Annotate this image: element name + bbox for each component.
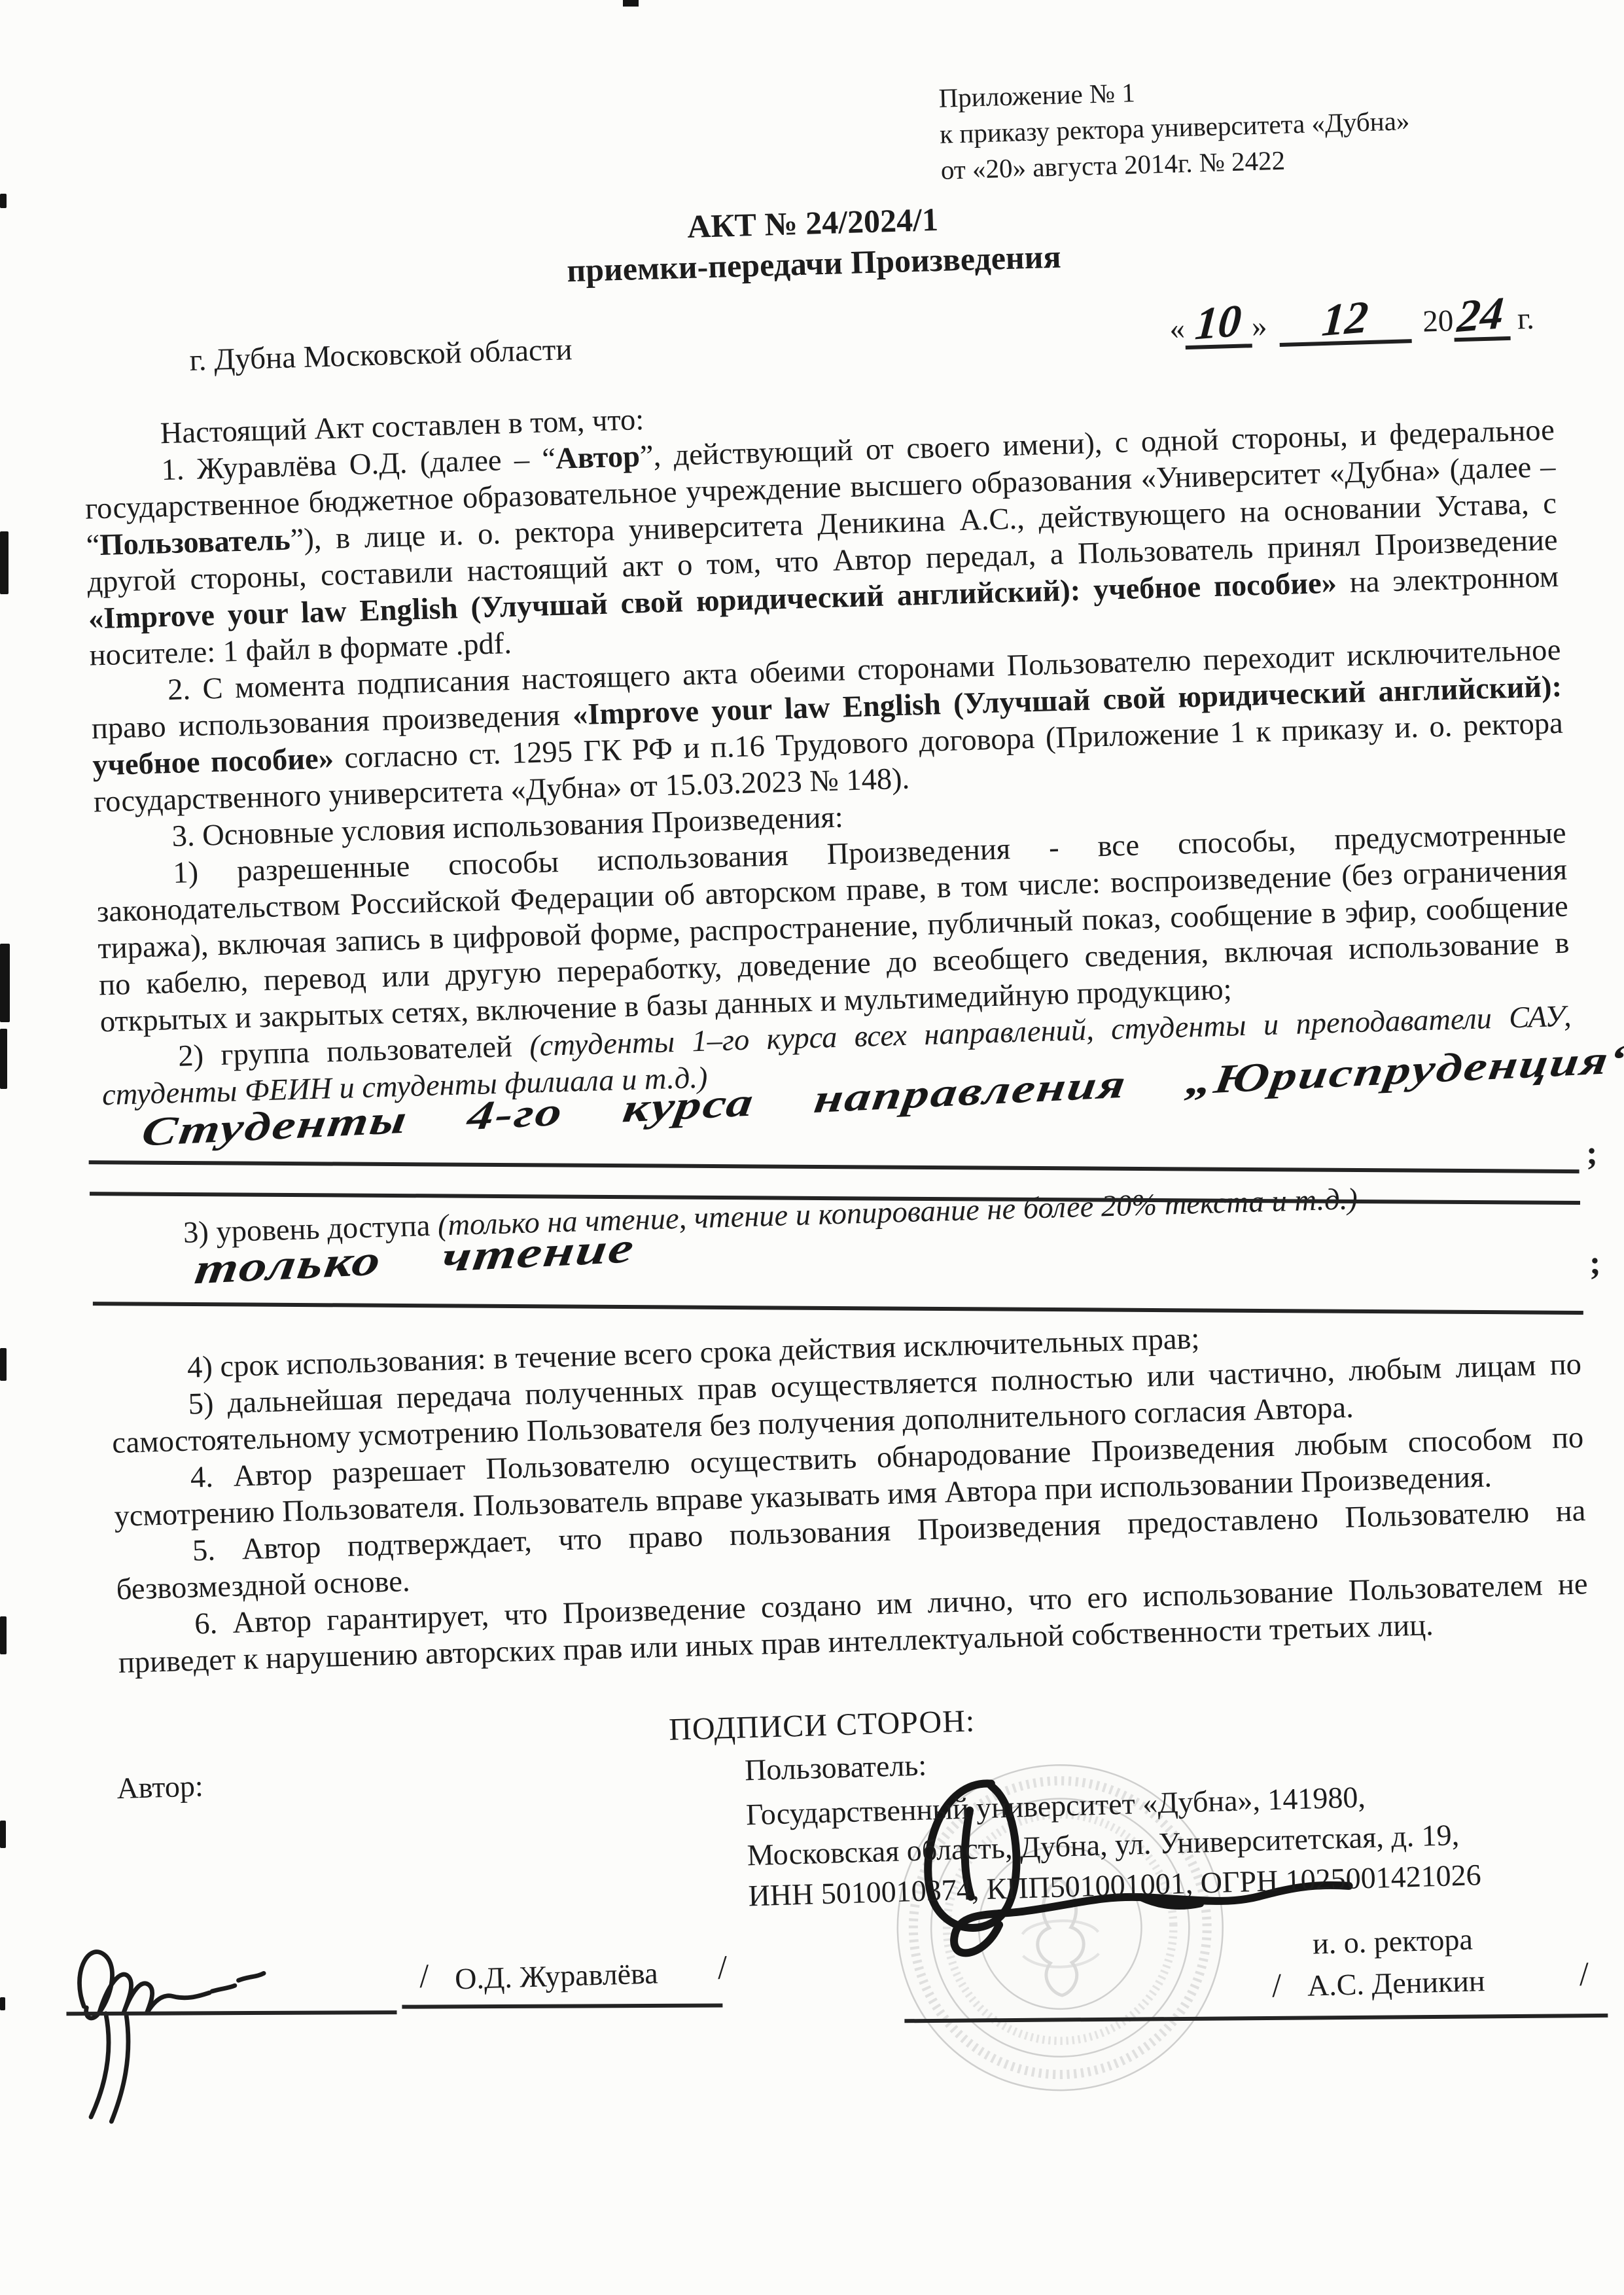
author-label: Автор:: [116, 1768, 204, 1806]
field-underline: [93, 1302, 1583, 1315]
term-author: Автор: [555, 440, 640, 476]
scan-artifact: [0, 531, 9, 594]
document-content: Приложение № 1 к приказу ректора универс…: [73, 63, 1603, 2162]
year-printed: 20: [1422, 304, 1454, 338]
slash-mark: /: [1579, 1955, 1589, 1993]
slash-mark: /: [717, 1948, 728, 1987]
semicolon-mark: ;: [1585, 1135, 1598, 1172]
scan-artifact: [0, 194, 7, 208]
date-field: «10»122024 г.: [1169, 300, 1552, 350]
scan-artifact: [0, 1029, 7, 1089]
signatures-section: ПОДПИСИ СТОРОН: Автор: Пользователь: Гос…: [120, 1662, 1603, 2162]
field-underline: [89, 1160, 1580, 1173]
slash-mark: /: [1271, 1966, 1282, 2005]
year-suffix: г.: [1509, 302, 1535, 336]
scan-artifact: [623, 0, 639, 7]
author-name-line: [402, 2004, 722, 2009]
term-user: Пользователь: [99, 524, 291, 562]
paragraph-1: 1. Журавлёва О.Д. (далее – “Автор”, дейс…: [84, 412, 1561, 675]
slash-mark: /: [419, 1957, 429, 1995]
author-signature-line: [66, 2010, 397, 2016]
handwritten-day: 10: [1194, 308, 1242, 338]
scanned-document-page: Приложение № 1 к приказу ректора универс…: [0, 0, 1624, 2295]
handwritten-access-level: только чтение: [192, 1241, 535, 1288]
place-date-row: г. Дубна Московской области «10»122024 г…: [80, 300, 1552, 382]
rector-name: А.С. Деникин: [1307, 1963, 1485, 2003]
date-open-quote: «: [1169, 311, 1186, 346]
scan-artifact: [0, 1997, 5, 2010]
scan-artifact: [0, 1348, 7, 1381]
scan-artifact: [0, 944, 10, 1022]
scan-artifact: [0, 1616, 7, 1654]
place-of-signing: г. Дубна Московской области: [80, 332, 573, 382]
document-title: АКТ № 24/2024/1 приемки-передачи Произве…: [77, 181, 1550, 305]
date-close-quote: »: [1251, 310, 1267, 344]
rector-position: и. о. ректора: [1312, 1922, 1473, 1961]
document-body: Настоящий Акт составлен в том, что: 1. Ж…: [82, 376, 1589, 1682]
signatures-heading: ПОДПИСИ СТОРОН:: [669, 1703, 976, 1747]
appendix-reference: Приложение № 1 к приказу ректора универс…: [938, 63, 1547, 188]
user-label: Пользователь:: [744, 1747, 927, 1787]
author-name: О.Д. Журавлёва: [454, 1955, 658, 1996]
scan-artifact: [0, 1821, 6, 1848]
semicolon-mark: ;: [1589, 1245, 1601, 1281]
handwritten-year: 24: [1456, 300, 1504, 330]
handwritten-month: 12: [1320, 304, 1368, 334]
